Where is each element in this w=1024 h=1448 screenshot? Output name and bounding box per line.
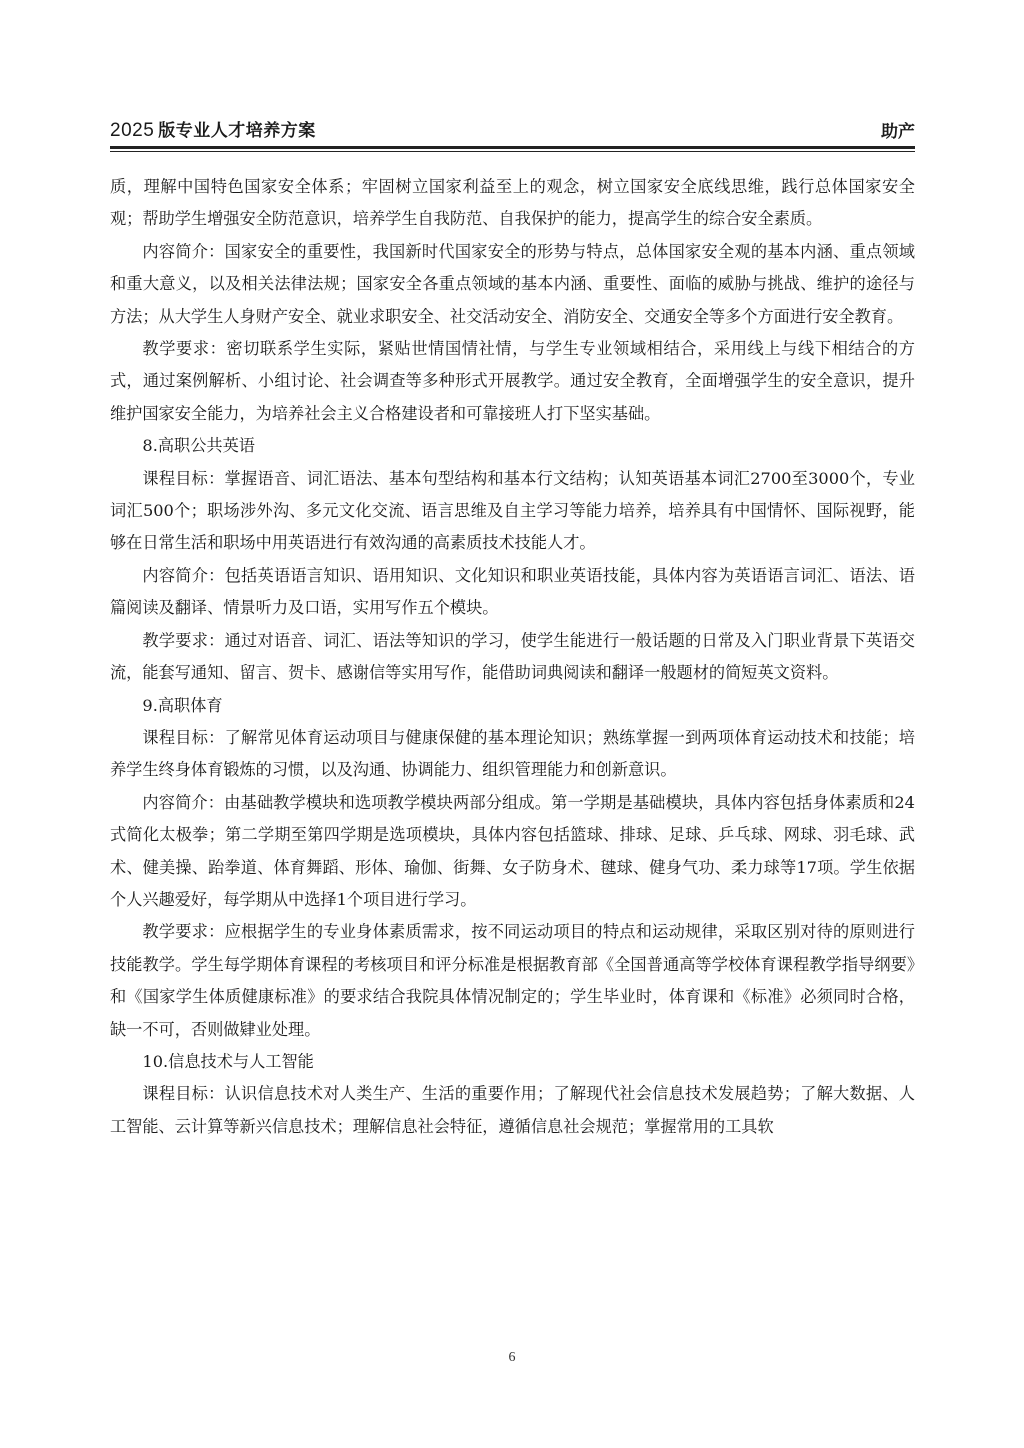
continued-paragraph: 质，理解中国特色国家安全体系；牢固树立国家利益至上的观念，树立国家安全底线思维，…: [110, 171, 915, 236]
header-rule-thin: [110, 151, 915, 152]
document-title-text: 版专业人才培养方案: [158, 121, 316, 141]
english-content-paragraph: 内容简介：包括英语语言知识、语用知识、文化知识和职业英语技能，具体内容为英语语言…: [110, 560, 915, 625]
it-ai-goals-paragraph: 课程目标：认识信息技术对人类生产、生活的重要作用；了解现代社会信息技术发展趋势；…: [110, 1078, 915, 1143]
english-goals-paragraph: 课程目标：掌握语音、词汇语法、基本句型结构和基本行文结构；认知英语基本词汇270…: [110, 463, 915, 560]
section-heading-english: 8.高职公共英语: [110, 430, 915, 462]
header-rule-thick: [110, 146, 915, 149]
pe-goals-paragraph: 课程目标：了解常见体育运动项目与健康保健的基本理论知识；熟练掌握一到两项体育运动…: [110, 722, 915, 787]
section-heading-pe: 9.高职体育: [110, 690, 915, 722]
security-requirements-paragraph: 教学要求：密切联系学生实际，紧贴世情国情社情，与学生专业领域相结合，采用线上与线…: [110, 333, 915, 430]
english-requirements-paragraph: 教学要求：通过对语音、词汇、语法等知识的学习，使学生能进行一般话题的日常及入门职…: [110, 625, 915, 690]
pe-requirements-paragraph: 教学要求：应根据学生的专业身体素质需求，按不同运动项目的特点和运动规律，采取区别…: [110, 916, 915, 1046]
page-number: 6: [0, 1350, 1024, 1366]
page-header: 2025版专业人才培养方案 助产: [110, 118, 915, 142]
section-heading-it-ai: 10.信息技术与人工智能: [110, 1046, 915, 1078]
document-year: 2025: [110, 120, 154, 141]
pe-content-paragraph: 内容简介：由基础教学模块和选项教学模块两部分组成。第一学期是基础模块，具体内容包…: [110, 787, 915, 917]
major-name: 助产: [881, 117, 915, 142]
document-title: 2025版专业人才培养方案: [110, 116, 316, 142]
page-content: 质，理解中国特色国家安全体系；牢固树立国家利益至上的观念，树立国家安全底线思维，…: [110, 171, 915, 1143]
security-content-paragraph: 内容简介：国家安全的重要性，我国新时代国家安全的形势与特点，总体国家安全观的基本…: [110, 236, 915, 333]
